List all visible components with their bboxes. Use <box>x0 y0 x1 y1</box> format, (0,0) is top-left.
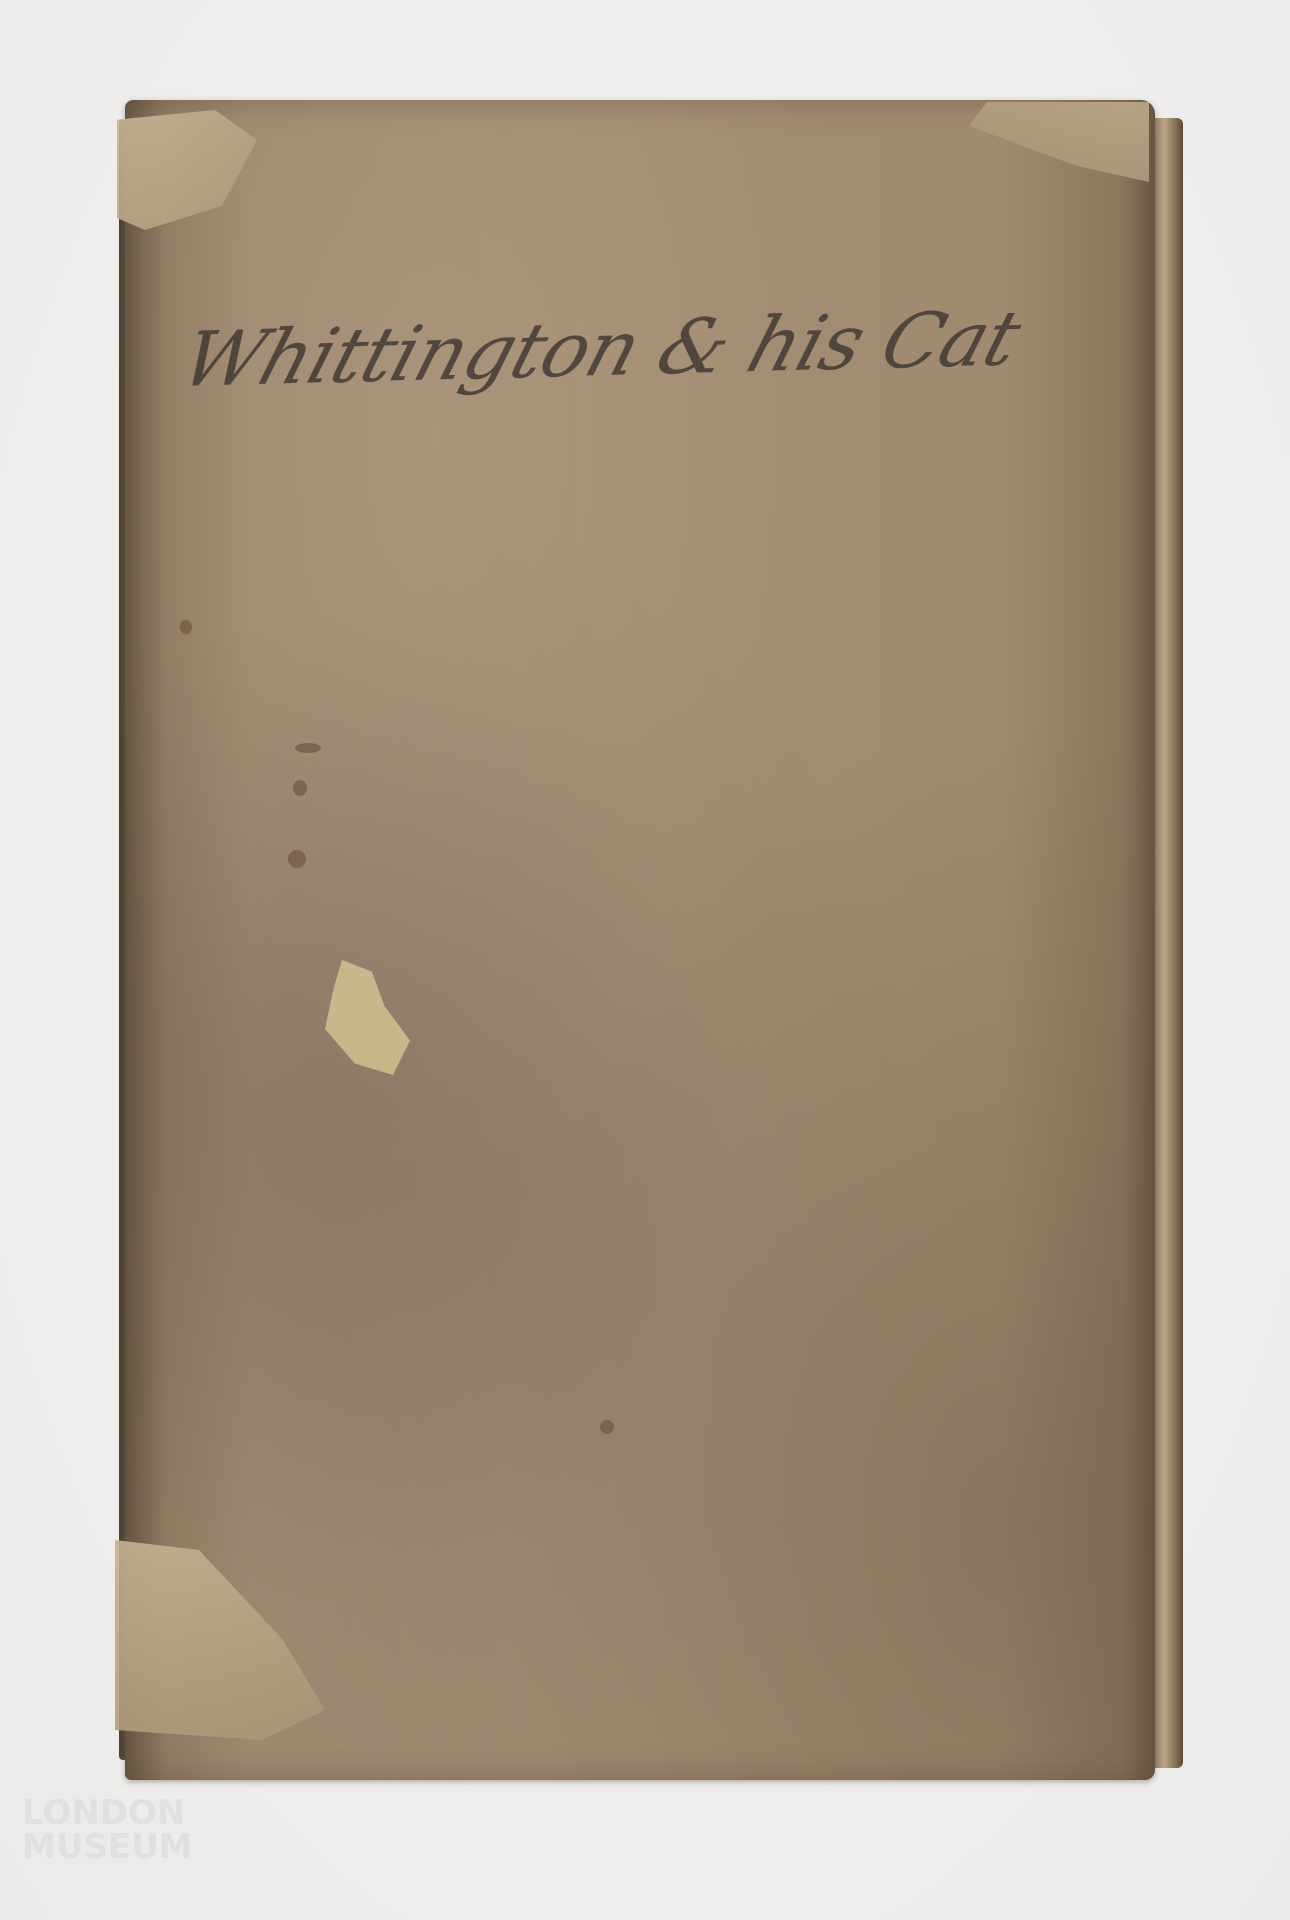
book: Whittington & his Cat <box>125 100 1175 1780</box>
handwritten-title: Whittington & his Cat <box>172 293 1030 404</box>
spot <box>293 780 307 796</box>
london-museum-watermark: LONDON MUSEUM <box>22 1796 193 1864</box>
stain-patch <box>325 960 410 1075</box>
spot <box>600 1420 614 1434</box>
worn-corner-top-right <box>969 102 1149 182</box>
torn-corner-bottom-left <box>115 1540 325 1740</box>
watermark-line-2: MUSEUM <box>22 1830 193 1864</box>
spot <box>180 620 192 634</box>
spot <box>288 850 306 868</box>
book-cover: Whittington & his Cat <box>125 100 1155 1780</box>
watermark-line-1: LONDON <box>22 1796 193 1830</box>
spot <box>295 743 321 753</box>
torn-corner-top-left <box>117 110 257 230</box>
